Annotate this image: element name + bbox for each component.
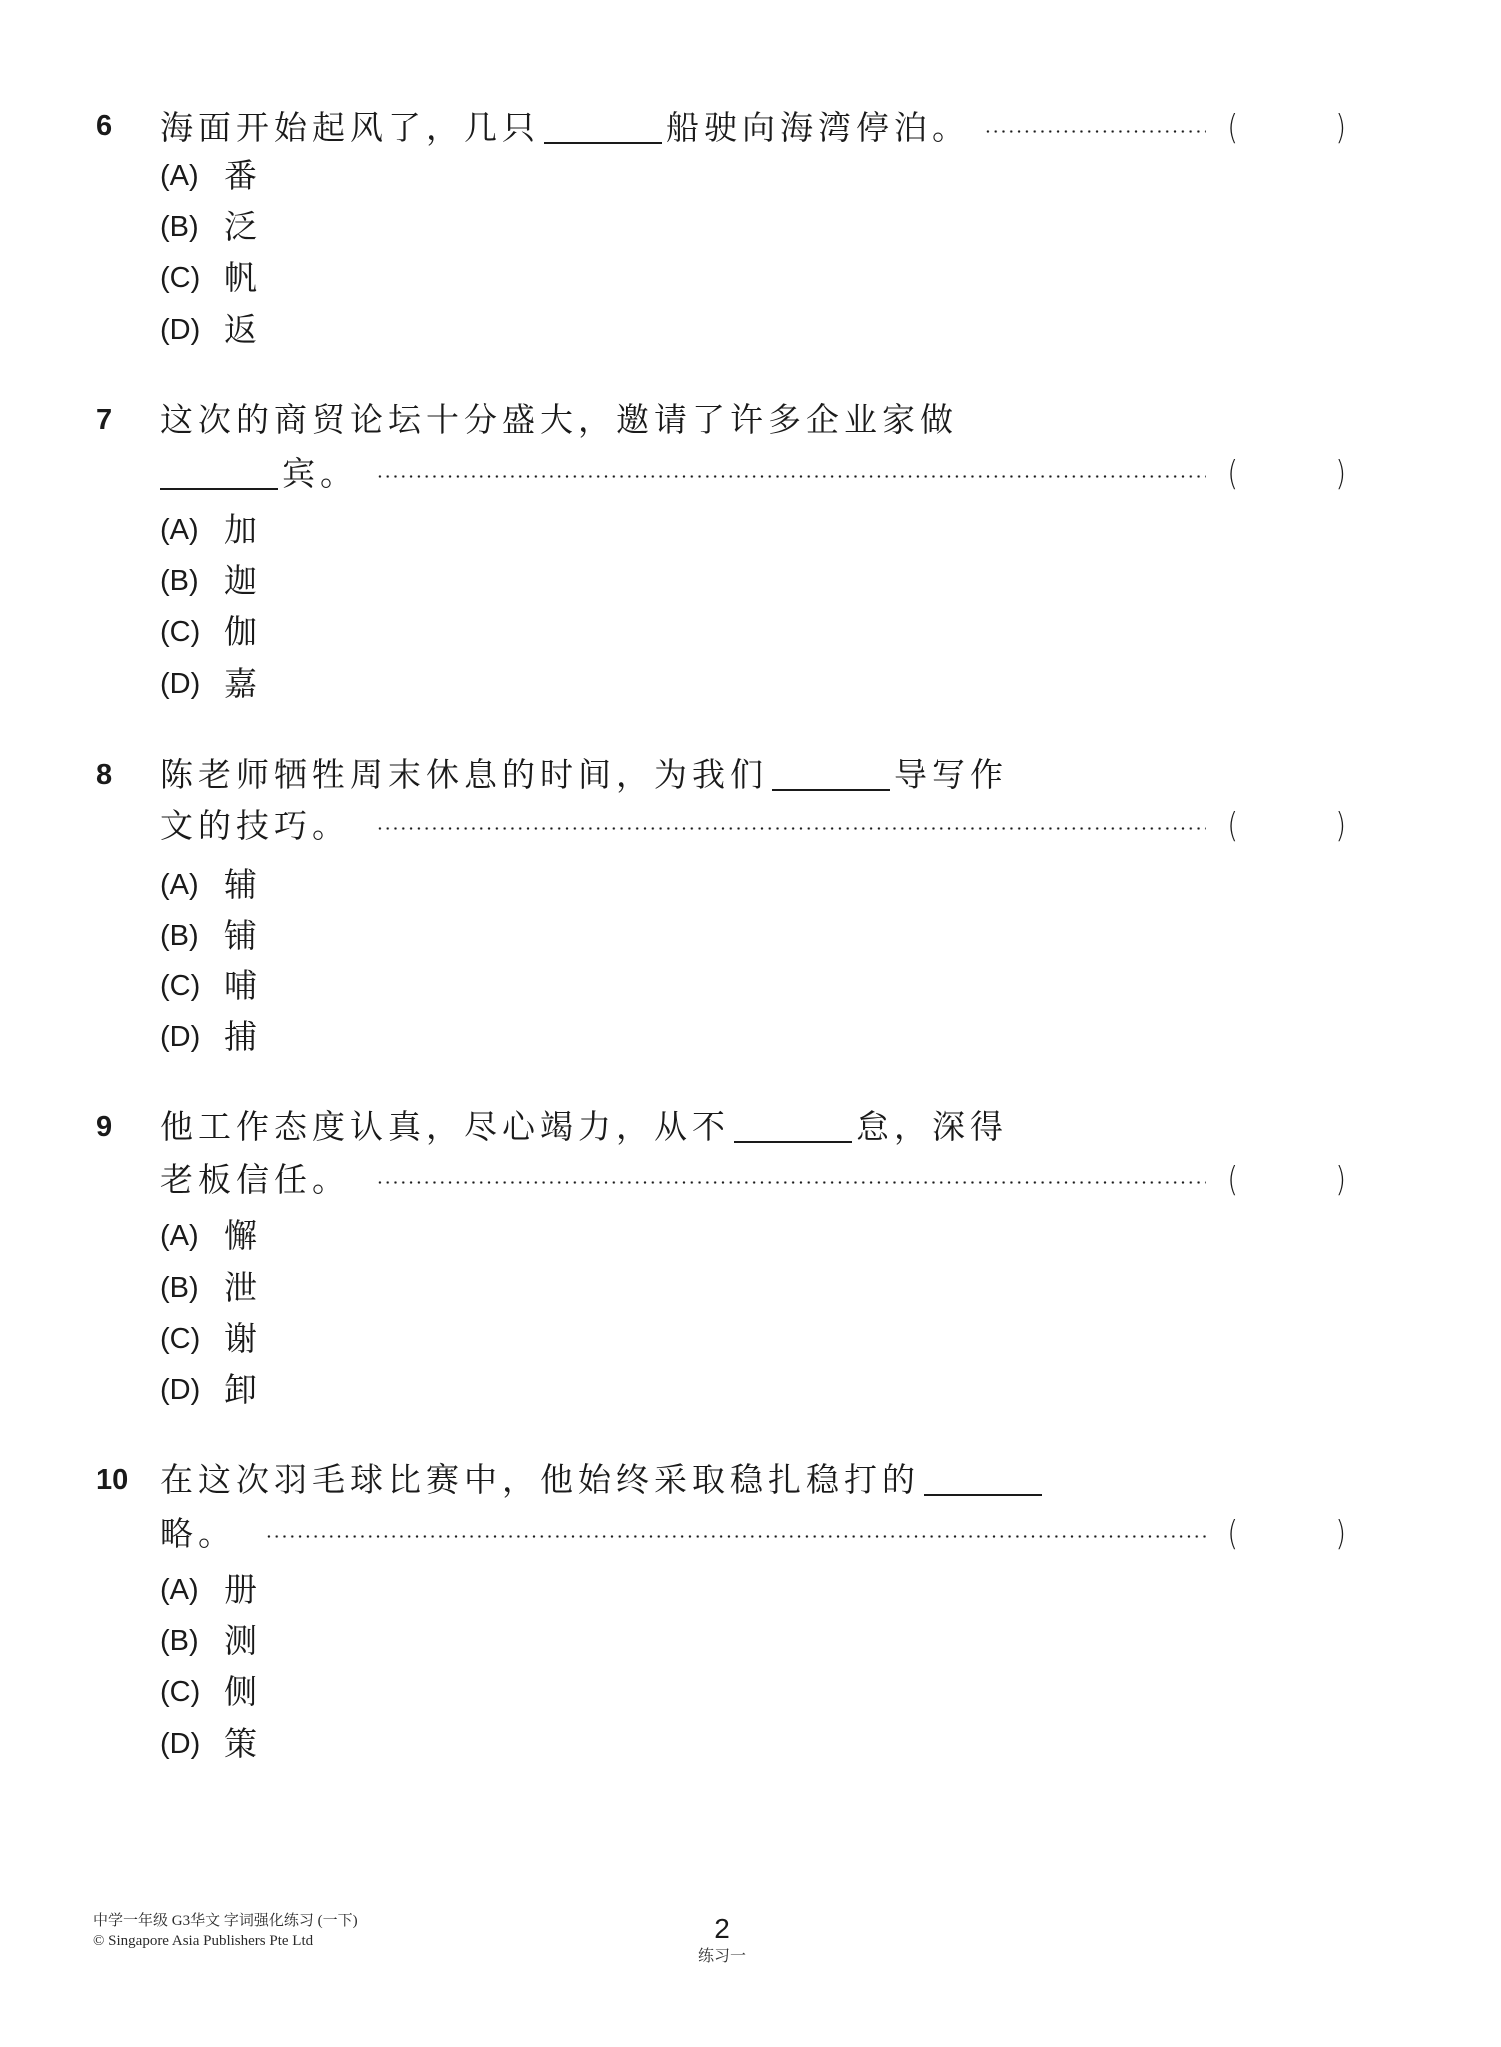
- stem-text: 这次的商贸论坛十分盛大，邀请了许多企业家做: [160, 398, 958, 442]
- option-a: (A) 辅: [160, 862, 257, 908]
- option-label: (B): [160, 1618, 224, 1664]
- stem-text-before-blank: 陈老师牺牲周末休息的时间，为我们: [160, 753, 768, 797]
- option-c: (C) 哺: [160, 963, 257, 1009]
- option-label: (D): [160, 1721, 224, 1767]
- footer-publication-info: 中学一年级 G3华文 字词强化练习 (一下) © Singapore Asia …: [93, 1911, 358, 1951]
- book-title: 中学一年级 G3华文 字词强化练习 (一下): [93, 1911, 358, 1931]
- option-text: 伽: [224, 609, 257, 655]
- option-b: (B) 测: [160, 1618, 257, 1664]
- option-text: 泄: [224, 1265, 257, 1311]
- option-label: (B): [160, 558, 224, 604]
- option-a: (A) 番: [160, 153, 257, 199]
- dotted-leader: [984, 130, 1206, 133]
- option-label: (D): [160, 307, 224, 353]
- fill-in-blank: [544, 142, 662, 144]
- option-c: (C) 伽: [160, 609, 257, 655]
- stem-text-after-blank: 导写作: [894, 753, 1008, 797]
- option-text: 册: [224, 1567, 257, 1613]
- option-text: 捕: [224, 1014, 257, 1060]
- option-text: 番: [224, 153, 257, 199]
- answer-bracket-open: (: [1227, 454, 1238, 494]
- option-d: (D) 返: [160, 307, 257, 353]
- option-label: (C): [160, 1316, 224, 1362]
- answer-bracket-open: (: [1227, 108, 1238, 148]
- dotted-leader: [376, 1181, 1206, 1184]
- question-stem-line-2: 文的技巧。: [160, 804, 350, 848]
- question-stem-line-1: 在这次羽毛球比赛中，他始终采取稳扎稳打的: [160, 1458, 1046, 1502]
- option-label: (C): [160, 963, 224, 1009]
- option-b: (B) 迦: [160, 558, 257, 604]
- question-number: 8: [96, 755, 156, 795]
- dotted-leader: [265, 1535, 1206, 1538]
- answer-bracket-open: (: [1227, 1160, 1238, 1200]
- stem-text-before-blank: 在这次羽毛球比赛中，他始终采取稳扎稳打的: [160, 1458, 920, 1502]
- option-b: (B) 铺: [160, 913, 257, 959]
- question-number: 7: [96, 400, 156, 440]
- option-text: 迦: [224, 558, 257, 604]
- stem-text: 文的技巧。: [160, 804, 350, 848]
- fill-in-blank: [772, 789, 890, 791]
- question-number: 6: [96, 106, 156, 146]
- answer-bracket-open: (: [1227, 1514, 1238, 1554]
- copyright-notice: © Singapore Asia Publishers Pte Ltd: [93, 1931, 358, 1951]
- option-text: 嘉: [224, 661, 257, 707]
- option-a: (A) 册: [160, 1567, 257, 1613]
- stem-text-before-blank: 他工作态度认真，尽心竭力，从不: [160, 1105, 730, 1149]
- option-b: (B) 泄: [160, 1265, 257, 1311]
- option-label: (C): [160, 1669, 224, 1715]
- stem-text: 老板信任。: [160, 1158, 350, 1202]
- answer-bracket-close: ): [1335, 1514, 1346, 1554]
- stem-text-after-blank: 怠，深得: [856, 1105, 1008, 1149]
- option-text: 卸: [224, 1367, 257, 1413]
- option-label: (D): [160, 1367, 224, 1413]
- stem-text-before-blank: 海面开始起风了，几只: [160, 106, 540, 150]
- answer-bracket-close: ): [1335, 806, 1346, 846]
- option-a: (A) 加: [160, 507, 257, 553]
- option-text: 懈: [224, 1213, 257, 1259]
- option-label: (B): [160, 1265, 224, 1311]
- option-text: 侧: [224, 1669, 257, 1715]
- option-d: (D) 卸: [160, 1367, 257, 1413]
- worksheet-page: 6 海面开始起风了，几只 船驶向海湾停泊。 ( ) (A) 番 (B) 泛 (C…: [0, 0, 1501, 2047]
- option-d: (D) 嘉: [160, 661, 257, 707]
- option-text: 辅: [224, 862, 257, 908]
- option-label: (A): [160, 1567, 224, 1613]
- option-d: (D) 捕: [160, 1014, 257, 1060]
- question-stem-line-1: 陈老师牺牲周末休息的时间，为我们 导写作: [160, 753, 1008, 797]
- option-text: 谢: [224, 1316, 257, 1362]
- option-label: (C): [160, 609, 224, 655]
- option-label: (A): [160, 507, 224, 553]
- answer-bracket-close: ): [1335, 454, 1346, 494]
- option-c: (C) 侧: [160, 1669, 257, 1715]
- answer-bracket-close: ): [1335, 108, 1346, 148]
- question-stem-line-1: 这次的商贸论坛十分盛大，邀请了许多企业家做: [160, 398, 958, 442]
- stem-text-after-blank: 宾。: [282, 452, 358, 496]
- option-text: 测: [224, 1618, 257, 1664]
- option-text: 铺: [224, 913, 257, 959]
- option-label: (A): [160, 153, 224, 199]
- option-label: (A): [160, 1213, 224, 1259]
- question-stem-line-2: 宾。: [156, 452, 358, 496]
- option-label: (C): [160, 255, 224, 301]
- option-a: (A) 懈: [160, 1213, 257, 1259]
- option-label: (D): [160, 661, 224, 707]
- question-number: 9: [96, 1107, 156, 1147]
- option-text: 哺: [224, 963, 257, 1009]
- option-label: (A): [160, 862, 224, 908]
- dotted-leader: [376, 827, 1206, 830]
- fill-in-blank: [924, 1494, 1042, 1496]
- stem-text: 略。: [160, 1512, 236, 1556]
- fill-in-blank: [160, 488, 278, 490]
- question-stem-line-2: 略。: [160, 1512, 236, 1556]
- option-b: (B) 泛: [160, 204, 257, 250]
- question-number: 10: [96, 1460, 156, 1500]
- exercise-label: 练习一: [682, 1946, 762, 1966]
- option-text: 泛: [224, 204, 257, 250]
- question-stem-line-1: 他工作态度认真，尽心竭力，从不 怠，深得: [160, 1105, 1008, 1149]
- option-text: 策: [224, 1721, 257, 1767]
- stem-text-after-blank: 船驶向海湾停泊。: [666, 106, 970, 150]
- option-d: (D) 策: [160, 1721, 257, 1767]
- fill-in-blank: [734, 1141, 852, 1143]
- dotted-leader: [376, 475, 1206, 478]
- page-number: 2: [700, 1914, 744, 1944]
- question-stem-line-2: 老板信任。: [160, 1158, 350, 1202]
- answer-bracket-open: (: [1227, 806, 1238, 846]
- option-text: 帆: [224, 255, 257, 301]
- answer-bracket-close: ): [1335, 1160, 1346, 1200]
- question-stem-line-1: 海面开始起风了，几只 船驶向海湾停泊。: [160, 106, 970, 150]
- option-text: 加: [224, 507, 257, 553]
- option-text: 返: [224, 307, 257, 353]
- option-label: (B): [160, 204, 224, 250]
- option-c: (C) 谢: [160, 1316, 257, 1362]
- option-label: (D): [160, 1014, 224, 1060]
- option-c: (C) 帆: [160, 255, 257, 301]
- option-label: (B): [160, 913, 224, 959]
